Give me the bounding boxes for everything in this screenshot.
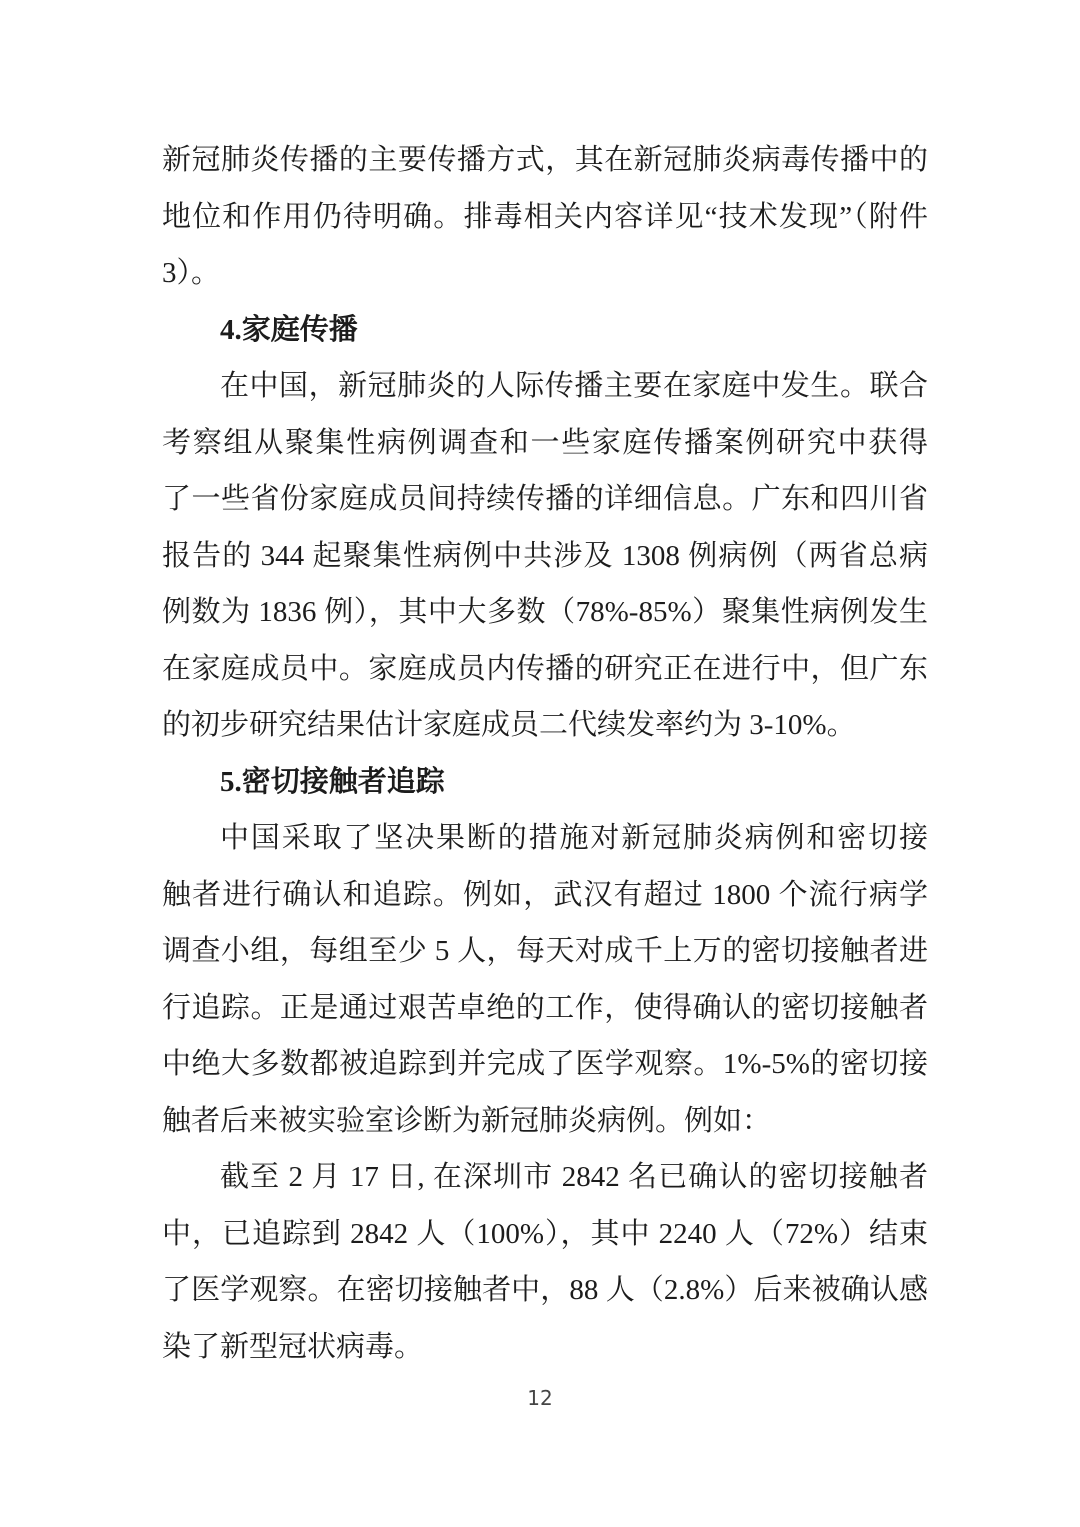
- page-number: 12: [0, 1386, 1080, 1410]
- section-heading-contact-tracing: 5.密切接触者追踪: [162, 754, 928, 811]
- document-page: 新冠肺炎传播的主要传播方式，其在新冠肺炎病毒传播中的 地位和作用仍待明确。排毒相…: [0, 0, 1080, 1527]
- text-line: 在中国，新冠肺炎的人际传播主要在家庭中发生。联合: [162, 358, 928, 415]
- text-line: 考察组从聚集性病例调查和一些家庭传播案例研究中获得: [162, 415, 928, 472]
- text-line: 地位和作用仍待明确。排毒相关内容详见“技术发现”（附件: [162, 189, 928, 246]
- text-line: 触者进行确认和追踪。例如，武汉有超过 1800 个流行病学: [162, 867, 928, 924]
- section-heading-family-transmission: 4.家庭传播: [162, 302, 928, 359]
- text-line: 中国采取了坚决果断的措施对新冠肺炎病例和密切接: [162, 810, 928, 867]
- text-line: 在家庭成员中。家庭成员内传播的研究正在进行中，但广东: [162, 641, 928, 698]
- text-line: 调查小组，每组至少 5 人，每天对成千上万的密切接触者进: [162, 923, 928, 980]
- text-line: 的初步研究结果估计家庭成员二代续发率约为 3-10%。: [162, 697, 928, 754]
- text-block: 新冠肺炎传播的主要传播方式，其在新冠肺炎病毒传播中的 地位和作用仍待明确。排毒相…: [162, 132, 928, 1375]
- text-line: 3）。: [162, 245, 928, 302]
- text-line: 中，已追踪到 2842 人（100%），其中 2240 人（72%）结束: [162, 1206, 928, 1263]
- text-line: 染了新型冠状病毒。: [162, 1319, 928, 1376]
- text-line: 截至 2 月 17 日, 在深圳市 2842 名已确认的密切接触者: [162, 1149, 928, 1206]
- text-line: 例数为 1836 例），其中大多数（78%-85%）聚集性病例发生: [162, 584, 928, 641]
- text-line: 中绝大多数都被追踪到并完成了医学观察。1%-5%的密切接: [162, 1036, 928, 1093]
- text-line: 触者后来被实验室诊断为新冠肺炎病例。例如：: [162, 1093, 928, 1150]
- text-line: 了医学观察。在密切接触者中，88 人（2.8%）后来被确认感: [162, 1262, 928, 1319]
- text-line: 报告的 344 起聚集性病例中共涉及 1308 例病例（两省总病: [162, 528, 928, 585]
- text-line: 了一些省份家庭成员间持续传播的详细信息。广东和四川省: [162, 471, 928, 528]
- text-line: 新冠肺炎传播的主要传播方式，其在新冠肺炎病毒传播中的: [162, 132, 928, 189]
- text-line: 行追踪。正是通过艰苦卓绝的工作，使得确认的密切接触者: [162, 980, 928, 1037]
